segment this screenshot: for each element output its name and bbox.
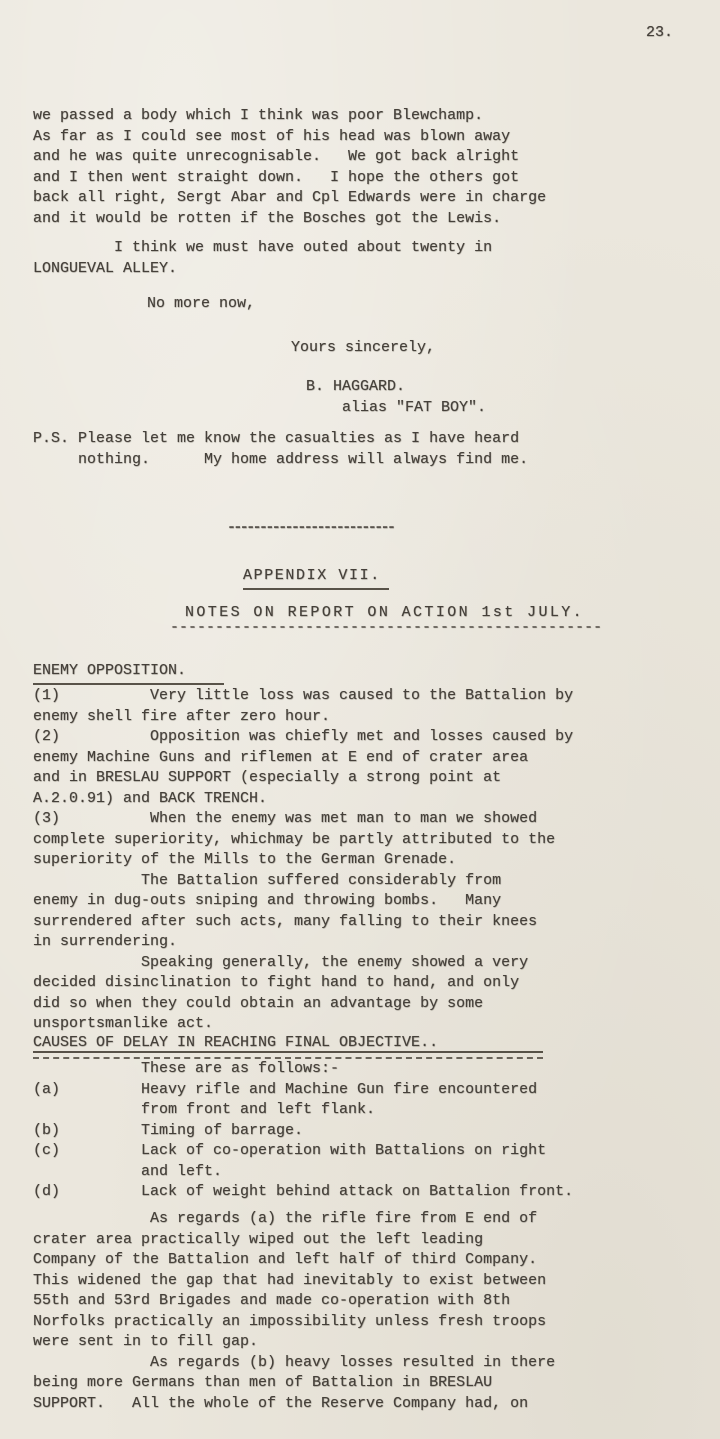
enemy-opposition-body: (1) Very little loss was caused to the B… (33, 686, 573, 1035)
section-separator: -------------------------- (227, 518, 393, 539)
closing-paragraphs: As regards (a) the rifle fire from E end… (33, 1209, 555, 1414)
letter-closing-line: No more now, (147, 294, 255, 315)
letter-postscript: P.S. Please let me know the casualties a… (33, 429, 528, 470)
appendix-title: APPENDIX VII. (243, 566, 389, 590)
subtitle-dash-row: ----------------------------------------… (170, 618, 602, 639)
page-number: 23. (646, 23, 673, 44)
causes-of-delay-underline (33, 1051, 543, 1059)
letter-signature: B. HAGGARD. alias "FAT BOY". (306, 377, 486, 418)
letter-paragraph-2: I think we must have outed about twenty … (33, 238, 492, 279)
causes-of-delay-list: These are as follows:- (a) Heavy rifle a… (33, 1059, 573, 1203)
letter-valediction: Yours sincerely, (291, 338, 435, 359)
document-page: 23.we passed a body which I think was po… (0, 0, 720, 1439)
letter-paragraph-1: we passed a body which I think was poor … (33, 106, 546, 229)
enemy-opposition-heading: ENEMY OPPOSITION. (33, 661, 224, 685)
